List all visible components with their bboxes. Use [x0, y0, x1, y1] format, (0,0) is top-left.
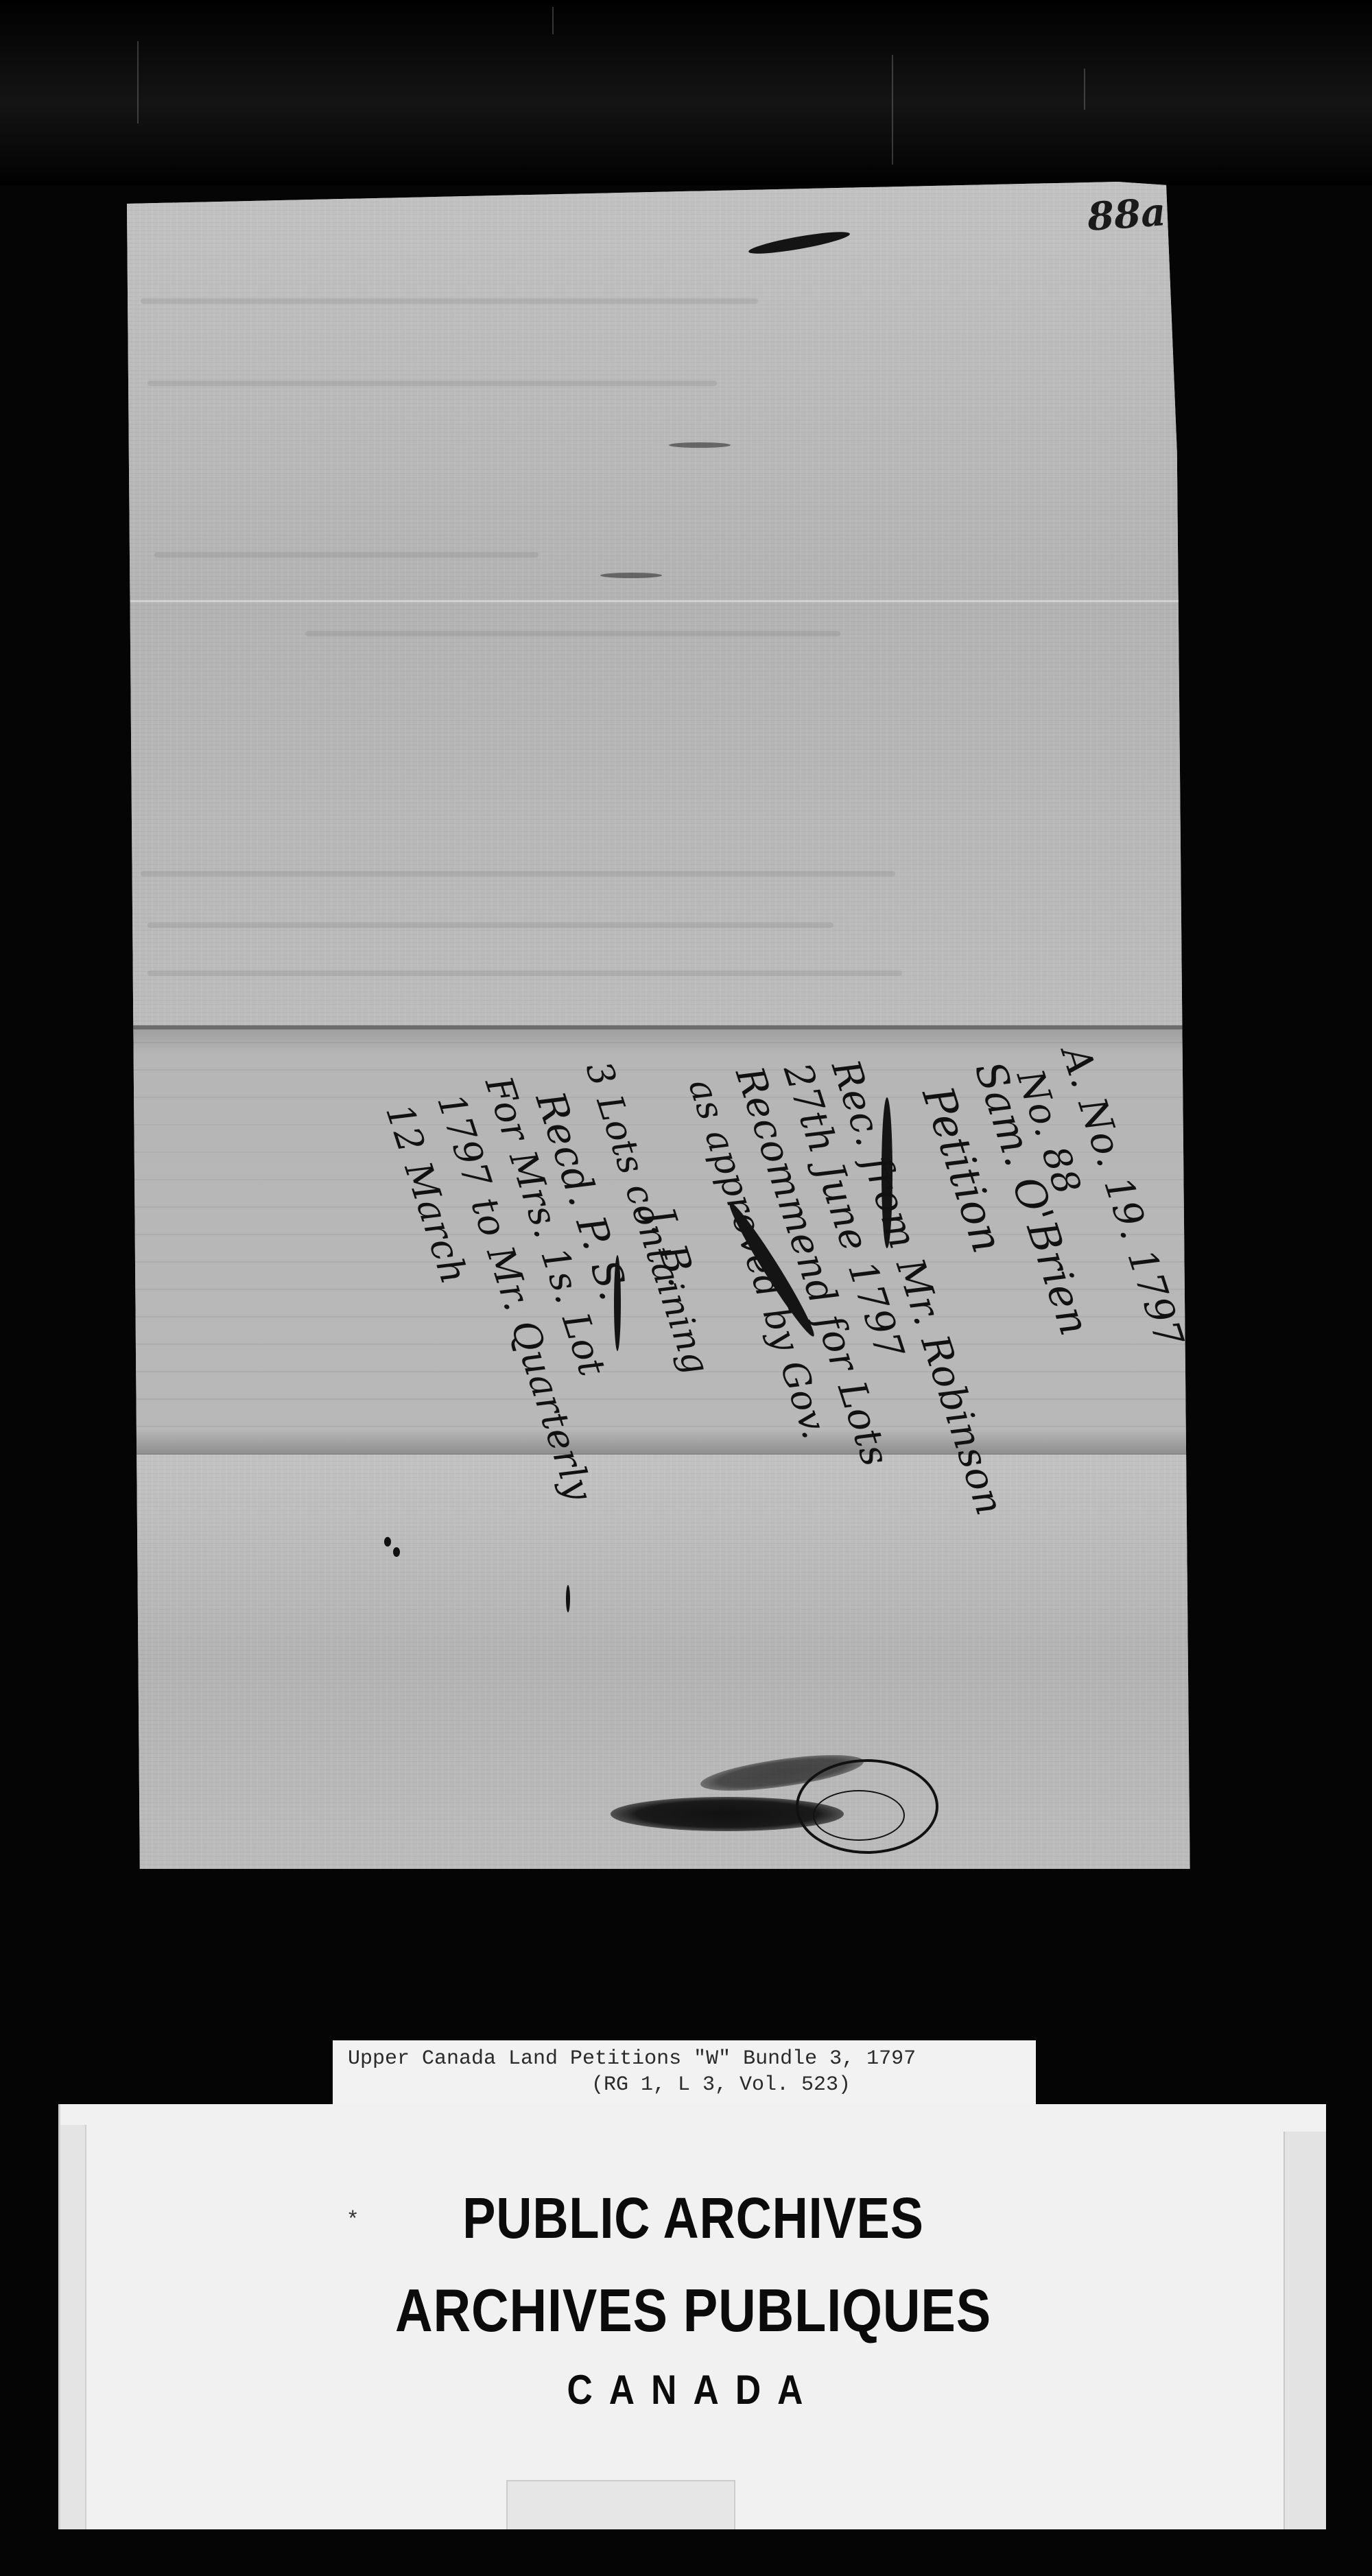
faded-handwriting	[147, 970, 902, 976]
archives-title-fr: ARCHIVES PUBLIQUES	[149, 2276, 1238, 2346]
endorsement-docket: A. No. 19. 1797 No. 88 Sam. O'Brien Peti…	[268, 1029, 1200, 1440]
ink-stroke	[669, 442, 731, 448]
label-reference: (RG 1, L 3, Vol. 523)	[348, 2072, 1036, 2098]
ink-stroke	[748, 228, 851, 258]
ink-stroke	[614, 1255, 621, 1351]
faded-handwriting	[147, 922, 833, 928]
signature-flourish-icon	[813, 1790, 905, 1841]
petition-sheet	[127, 182, 1204, 1869]
ink-blot	[566, 1585, 570, 1612]
label-title: Upper Canada Land Petitions "W" Bundle 3…	[348, 2047, 916, 2071]
fold-crease	[127, 600, 1204, 602]
faded-handwriting	[141, 298, 758, 304]
card-edge	[1284, 2132, 1326, 2529]
archives-title-en: PUBLIC ARCHIVES	[149, 2185, 1238, 2252]
ink-blot	[384, 1537, 391, 1547]
film-scratch	[892, 55, 893, 165]
card-tab	[506, 2480, 735, 2529]
archives-card: * PUBLIC ARCHIVES ARCHIVES PUBLIQUES CAN…	[58, 2104, 1326, 2529]
ink-stroke	[600, 573, 662, 578]
faded-handwriting	[305, 631, 840, 636]
page-number: 88a	[1086, 189, 1168, 240]
card-edge	[60, 2125, 86, 2529]
ink-blot	[393, 1547, 400, 1557]
sheet-top-panel	[127, 182, 1204, 1025]
archives-country: CANADA	[149, 2366, 1238, 2413]
film-scratch	[552, 7, 554, 34]
film-scratch	[137, 41, 139, 123]
archival-label: Upper Canada Land Petitions "W" Bundle 3…	[333, 2040, 1036, 2106]
film-scratch	[1084, 69, 1085, 110]
faded-handwriting	[154, 552, 539, 558]
microfilm-border-top	[0, 0, 1372, 185]
faded-handwriting	[141, 871, 895, 876]
faded-handwriting	[147, 381, 717, 386]
